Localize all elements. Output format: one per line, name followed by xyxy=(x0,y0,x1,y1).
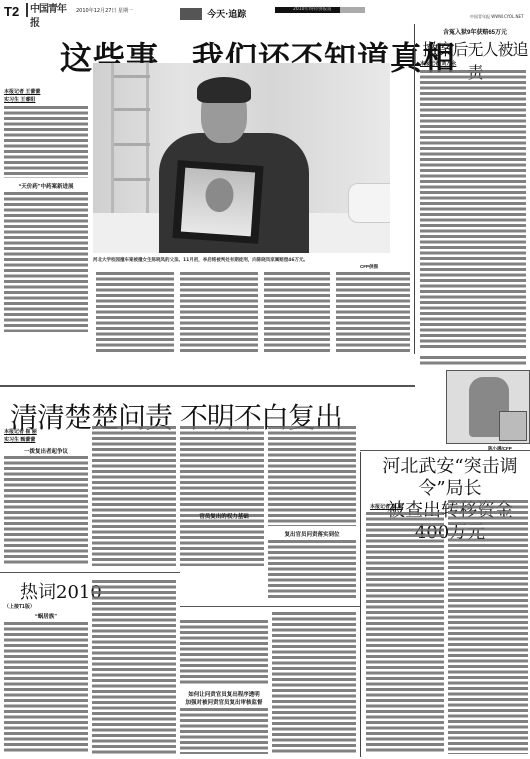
section-name: 今天·追踪 xyxy=(207,10,246,20)
second-body-text xyxy=(268,426,356,526)
portrait-frame xyxy=(172,160,263,244)
lead-body-text xyxy=(96,272,174,352)
second-body-text xyxy=(180,426,264,566)
section-rule xyxy=(360,450,530,451)
hotword-continued: （上接T1版） xyxy=(4,603,35,610)
section-rule xyxy=(0,572,180,573)
lead-body-text xyxy=(180,272,258,352)
second-body-text xyxy=(268,540,356,600)
hotword-title: 热词2010 xyxy=(20,578,102,604)
cartoon-box xyxy=(499,411,527,441)
banner-accent xyxy=(340,7,365,13)
second-body-text xyxy=(180,620,268,685)
photo-credit: CFP供图 xyxy=(360,264,378,270)
second-subhead: 复出官员问责落实到位 xyxy=(268,530,356,538)
special-banner-text: 2010年终特别报道 xyxy=(293,7,331,13)
second-subhead: 加强对被问责官员复出审核监督 xyxy=(180,698,268,706)
right-headline-line1: 河北武安“突击调令”局长 xyxy=(370,456,530,500)
issue-date: 2010年12月27日 星期一 xyxy=(76,7,133,14)
second-subhead: 一拨复出者起争议 xyxy=(4,447,88,455)
second-subhead: 如何让问责官员复出程序透明 xyxy=(180,690,268,698)
right-byline: 本报记者 崔 丽 xyxy=(370,503,403,511)
girl-portrait xyxy=(204,177,234,213)
sidebar-kicker: 含冤入狱9年获赔65万元 xyxy=(420,27,530,36)
column-divider xyxy=(360,452,361,757)
second-body-text xyxy=(92,426,176,566)
lead-photo xyxy=(93,63,390,253)
section-rule xyxy=(180,606,360,607)
sidebar-byline: 本报记者 刘万永 xyxy=(420,60,456,68)
section-label: 今天·追踪 xyxy=(180,3,246,16)
cartoon-illustration xyxy=(446,370,530,444)
lead-body-text xyxy=(336,272,410,352)
second-byline-1: 本报记者 崔 丽 xyxy=(4,428,37,436)
masthead: T2 中国青年报 2010年12月27日 星期一 今天·追踪 2010年终特别报… xyxy=(0,0,530,20)
lead-subhead: “天价药”中药案新进展 xyxy=(4,182,88,190)
right-body-text xyxy=(366,512,444,754)
second-body-text xyxy=(180,708,268,754)
second-body-text xyxy=(4,456,88,566)
hotword-term: “蜗居族” xyxy=(4,612,88,620)
right-body-text xyxy=(448,500,528,754)
photo-caption: 河北大学校园撞车案被撞女生陈晓凤的父亲。11月初，李启铭被判处有期徒刑，向陈晓凤… xyxy=(93,258,390,264)
portrait-photo xyxy=(181,168,255,237)
section-logo-icon xyxy=(180,8,202,20)
newspaper-logo: 中国青年报 xyxy=(26,3,72,17)
man-hair xyxy=(197,77,251,103)
lead-body-text xyxy=(4,192,88,332)
second-subhead: 官员复出的权力基础 xyxy=(182,512,266,520)
page-number: T2 xyxy=(4,4,19,19)
column-divider xyxy=(414,24,415,354)
lead-body-text xyxy=(4,106,88,178)
section-rule xyxy=(0,385,415,387)
lead-byline-1: 本报记者 王蕾蕾 xyxy=(4,88,40,96)
hotword-body-text xyxy=(4,622,88,754)
pillow xyxy=(348,183,390,223)
cartoon-credit: 陈小满/CFP xyxy=(488,446,512,452)
second-byline-2: 实习生 甄蕾蕾 xyxy=(4,436,35,444)
sidebar-body-text xyxy=(420,356,526,366)
website: 中国青年报 WWW.CYOL.NET xyxy=(470,14,524,20)
second-body-text xyxy=(272,612,356,754)
sidebar-body-text xyxy=(420,70,526,350)
hotword-body-text xyxy=(92,580,176,754)
lead-byline-2: 实习生 王睿阳 xyxy=(4,96,35,104)
lead-body-text xyxy=(264,272,330,352)
